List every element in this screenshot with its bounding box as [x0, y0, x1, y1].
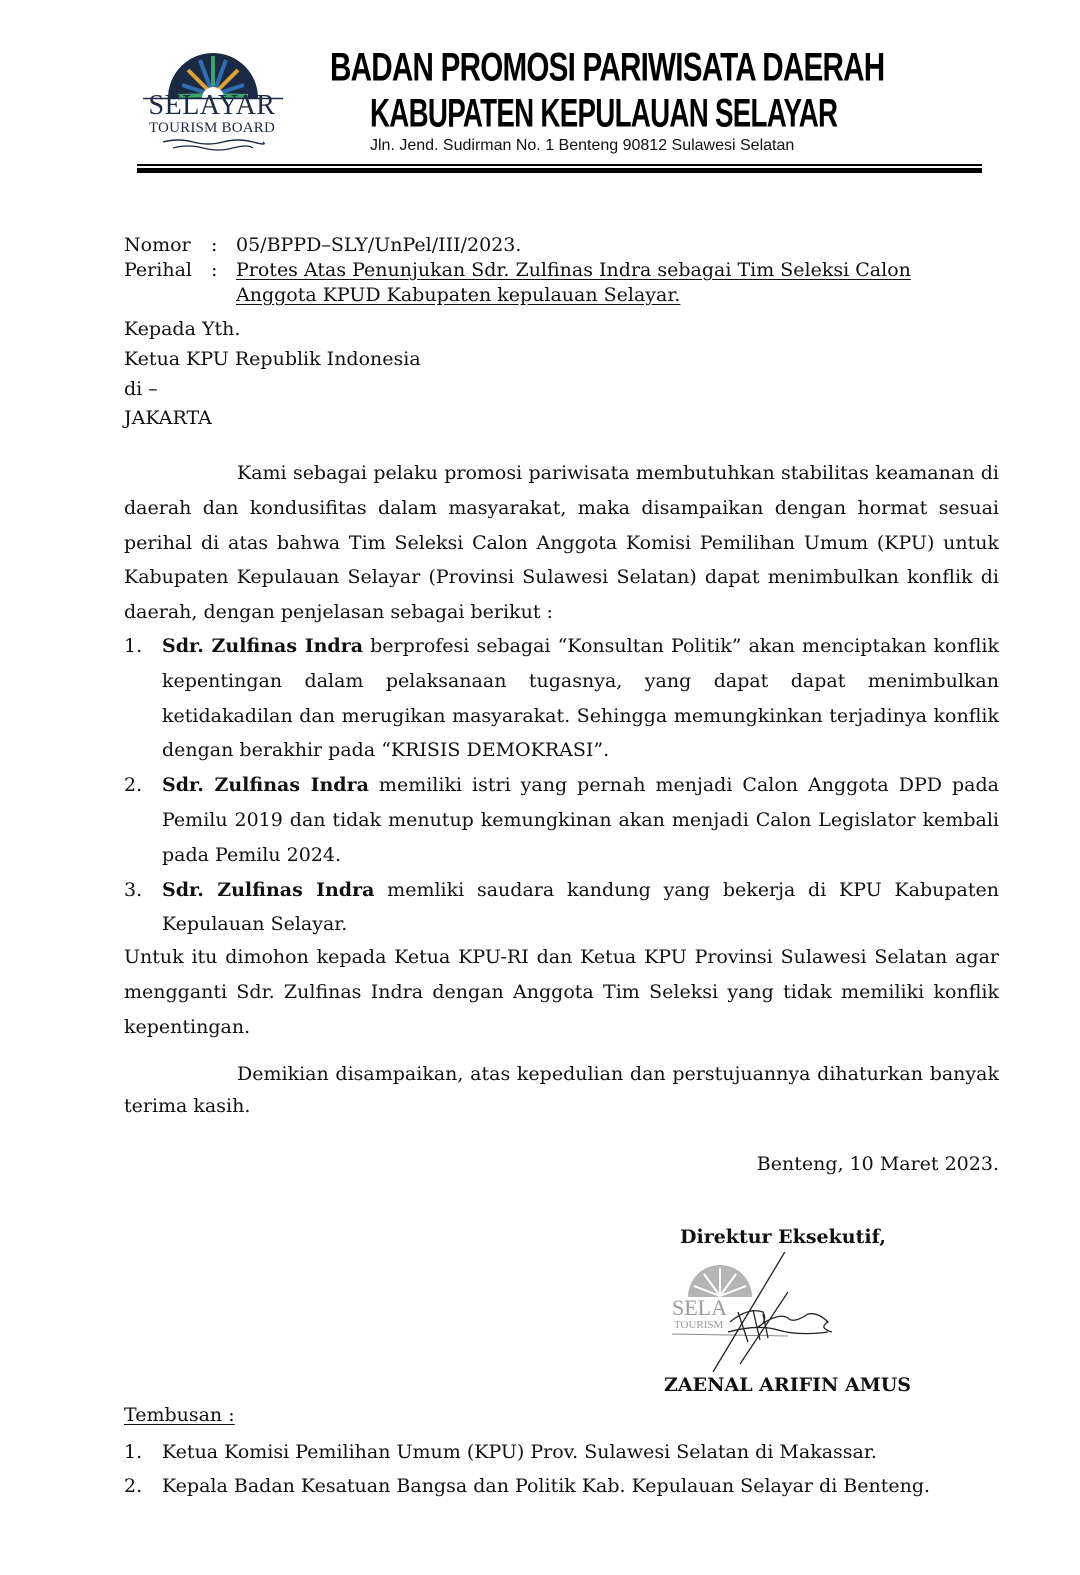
recipient-di: di – [124, 377, 158, 402]
signatory-name: ZAENAL ARIFIN AMUS [664, 1374, 911, 1396]
svg-text:TOURISM: TOURISM [674, 1319, 724, 1331]
point-subject: Sdr. Zulfinas Indra [162, 774, 369, 796]
cc-list: 1.Ketua Komisi Pemilihan Umum (KPU) Prov… [124, 1435, 1024, 1503]
list-item: 2.Kepala Badan Kesatuan Bangsa dan Polit… [124, 1469, 1024, 1503]
nomor-label: Nomor [124, 233, 214, 258]
letterhead-divider-thin [137, 164, 982, 166]
org-address: Jln. Jend. Sudirman No. 1 Benteng 90812 … [370, 137, 794, 155]
list-number: 1. [124, 629, 142, 664]
intro-paragraph: Kami sebagai pelaku promosi pariwisata m… [124, 456, 999, 630]
closing-paragraph: Demikian disampaikan, atas kepedulian da… [124, 1058, 999, 1122]
list-item: 2.Sdr. Zulfinas Indra memiliki istri yan… [124, 768, 999, 872]
letterhead-divider-thick [137, 168, 982, 173]
wave-icon [158, 138, 268, 152]
nomor-colon: : [211, 233, 217, 258]
list-item: 1.Ketua Komisi Pemilihan Umum (KPU) Prov… [124, 1435, 1024, 1469]
svg-text:SELA: SELA [672, 1295, 727, 1320]
perihal-line1: Protes Atas Penunjukan Sdr. Zulfinas Ind… [236, 258, 911, 283]
closing-text: Demikian disampaikan, atas kepedulian da… [124, 1063, 999, 1117]
list-item: 1.Sdr. Zulfinas Indra berprofesi sebagai… [124, 629, 999, 768]
perihal-colon: : [211, 258, 217, 283]
org-name-line2: KABUPATEN KEPULAUAN SELAYAR [370, 92, 837, 137]
perihal-label: Perihal [124, 258, 214, 283]
list-number: 3. [124, 873, 142, 908]
recipient-name: Ketua KPU Republik Indonesia [124, 347, 421, 372]
stamp-signature-icon: SELA TOURISM [668, 1252, 848, 1372]
signatory-title: Direktur Eksekutif, [680, 1226, 886, 1248]
nomor-value: 05/BPPD–SLY/UnPel/III/2023. [236, 233, 521, 258]
cc-item-text: Kepala Badan Kesatuan Bangsa dan Politik… [162, 1475, 930, 1497]
point-subject: Sdr. Zulfinas Indra [162, 635, 363, 657]
cc-item-text: Ketua Komisi Pemilihan Umum (KPU) Prov. … [162, 1441, 877, 1463]
logo-subtitle: TOURISM BOARD [145, 120, 279, 136]
intro-text: Kami sebagai pelaku promosi pariwisata m… [124, 462, 999, 623]
logo-name: SELAYAR [145, 92, 279, 120]
request-paragraph: Untuk itu dimohon kepada Ketua KPU-RI da… [124, 940, 999, 1044]
point-subject: Sdr. Zulfinas Indra [162, 879, 374, 901]
recipient-city: JAKARTA [124, 406, 212, 431]
cc-title: Tembusan : [124, 1404, 235, 1426]
list-number: 1. [124, 1435, 142, 1469]
list-number: 2. [124, 768, 142, 803]
place-date: Benteng, 10 Maret 2023. [757, 1152, 999, 1177]
org-name-line1: BADAN PROMOSI PARIWISATA DAERAH [330, 46, 884, 91]
recipient-salutation: Kepada Yth. [124, 317, 240, 342]
perihal-line2: Anggota KPUD Kabupaten kepulauan Selayar… [236, 283, 680, 308]
list-number: 2. [124, 1469, 142, 1503]
list-item: 3.Sdr. Zulfinas Indra memliki saudara ka… [124, 873, 999, 943]
official-stamp: SELA TOURISM [668, 1252, 848, 1372]
points-list: 1.Sdr. Zulfinas Indra berprofesi sebagai… [124, 629, 999, 942]
